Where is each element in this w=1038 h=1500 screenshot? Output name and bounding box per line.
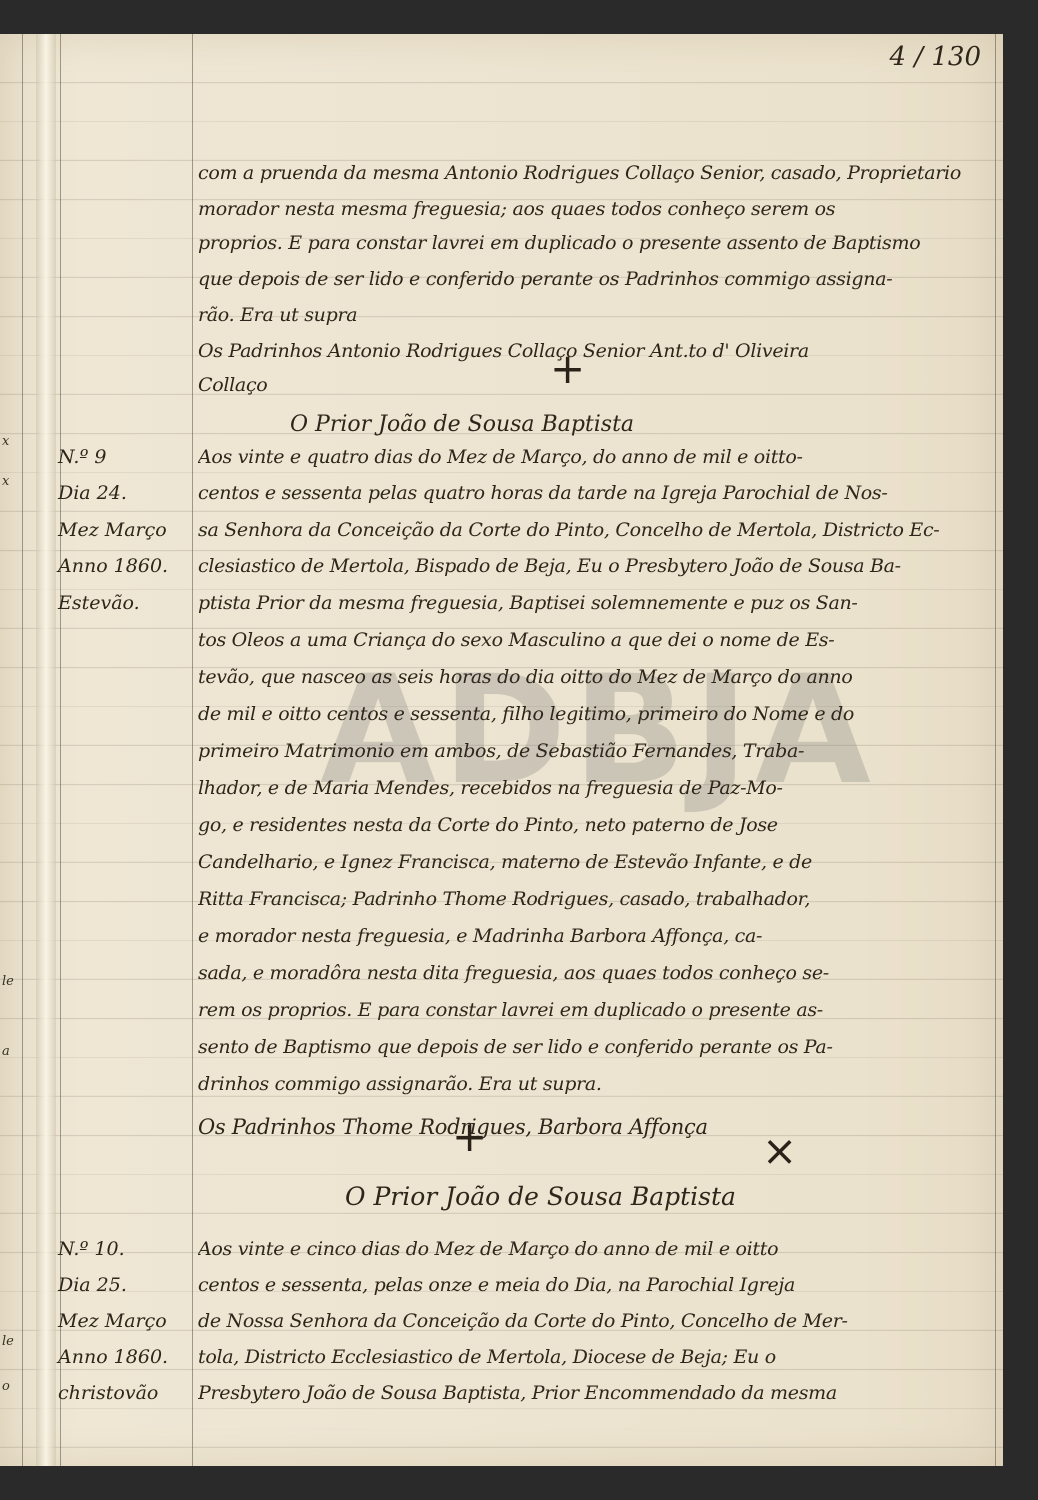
entry-number: N.º 9 bbox=[58, 438, 193, 476]
text-line: Aos vinte e quatro dias do Mez de Março,… bbox=[198, 438, 988, 476]
adjacent-page-edge: x x le a le o bbox=[0, 34, 30, 1466]
text-line: com a pruenda da mesma Antonio Rodrigues… bbox=[198, 154, 988, 192]
text-line: drinhos commigo assignarão. Era ut supra… bbox=[198, 1065, 988, 1103]
entry-year: Anno 1860. bbox=[58, 1338, 193, 1376]
entry-day: Dia 25. bbox=[58, 1266, 193, 1304]
right-rule bbox=[995, 34, 996, 1466]
text-line: centos e sessenta pelas quatro horas da … bbox=[198, 474, 988, 512]
adjacent-page-mark: le bbox=[2, 1334, 14, 1349]
text-line: de mil e oitto centos e sessenta, filho … bbox=[198, 695, 988, 733]
entry-name: Estevão. bbox=[58, 584, 193, 622]
text-line: centos e sessenta, pelas onze e meia do … bbox=[198, 1266, 988, 1304]
text-line: Presbytero João de Sousa Baptista, Prior… bbox=[198, 1374, 988, 1412]
entry-month: Mez Março bbox=[58, 511, 193, 549]
text-line: rão. Era ut supra bbox=[198, 296, 988, 334]
text-line: ptista Prior da mesma freguesia, Baptise… bbox=[198, 584, 988, 622]
manuscript-page: x x le a le o 4 / 130 ADBJA com a pruend… bbox=[0, 34, 1003, 1466]
cross-mark-icon: × bbox=[762, 1126, 797, 1175]
text-line: sada, e moradôra nesta dita freguesia, a… bbox=[198, 954, 988, 992]
text-line: sento de Baptismo que depois de ser lido… bbox=[198, 1028, 988, 1066]
text-line: morador nesta mesma freguesia; aos quaes… bbox=[198, 190, 988, 228]
text-line: lhador, e de Maria Mendes, recebidos na … bbox=[198, 769, 988, 807]
folio-number: 4 / 130 bbox=[890, 42, 981, 72]
adjacent-page-mark: a bbox=[2, 1044, 10, 1059]
text-line: tos Oleos a uma Criança do sexo Masculin… bbox=[198, 621, 988, 659]
text-line: Candelhario, e Ignez Francisca, materno … bbox=[198, 843, 988, 881]
entry-day: Dia 24. bbox=[58, 474, 193, 512]
cross-mark-icon: + bbox=[452, 1112, 487, 1161]
text-line: tola, Districto Ecclesiastico de Mertola… bbox=[198, 1338, 988, 1376]
signature-line: Collaço bbox=[198, 366, 988, 404]
adjacent-page-mark: le bbox=[2, 974, 14, 989]
text-line: rem os proprios. E para constar lavrei e… bbox=[198, 991, 988, 1029]
text-line: clesiastico de Mertola, Bispado de Beja,… bbox=[198, 547, 988, 585]
text-line: go, e residentes nesta da Corte do Pinto… bbox=[198, 806, 988, 844]
priest-signature: O Prior João de Sousa Baptista bbox=[345, 1182, 736, 1211]
adjacent-page-mark: o bbox=[2, 1379, 10, 1394]
entry-month: Mez Março bbox=[58, 1302, 193, 1340]
signature-line: Os Padrinhos Thome Rodrigues, Barbora Af… bbox=[198, 1108, 988, 1146]
entry-number: N.º 10. bbox=[58, 1230, 193, 1268]
binding-gutter bbox=[36, 34, 56, 1466]
text-line: sa Senhora da Conceição da Corte do Pint… bbox=[198, 511, 988, 549]
entry-year: Anno 1860. bbox=[58, 547, 193, 585]
text-line: e morador nesta freguesia, e Madrinha Ba… bbox=[198, 917, 988, 955]
text-line: proprios. E para constar lavrei em dupli… bbox=[198, 224, 988, 262]
entry-name: christovão bbox=[58, 1374, 193, 1412]
cross-mark-icon: + bbox=[550, 344, 585, 393]
text-line: Aos vinte e cinco dias do Mez de Março d… bbox=[198, 1230, 988, 1268]
text-line: tevão, que nasceo as seis horas do dia o… bbox=[198, 658, 988, 696]
priest-signature: O Prior João de Sousa Baptista bbox=[290, 412, 634, 437]
signature-line: Os Padrinhos Antonio Rodrigues Collaço S… bbox=[198, 332, 988, 370]
text-line: Ritta Francisca; Padrinho Thome Rodrigue… bbox=[198, 880, 988, 918]
text-line: de Nossa Senhora da Conceição da Corte d… bbox=[198, 1302, 988, 1340]
adjacent-page-mark: x bbox=[2, 434, 9, 449]
text-line: primeiro Matrimonio em ambos, de Sebasti… bbox=[198, 732, 988, 770]
text-line: que depois de ser lido e conferido peran… bbox=[198, 260, 988, 298]
margin-rule bbox=[22, 34, 23, 1466]
adjacent-page-mark: x bbox=[2, 474, 9, 489]
